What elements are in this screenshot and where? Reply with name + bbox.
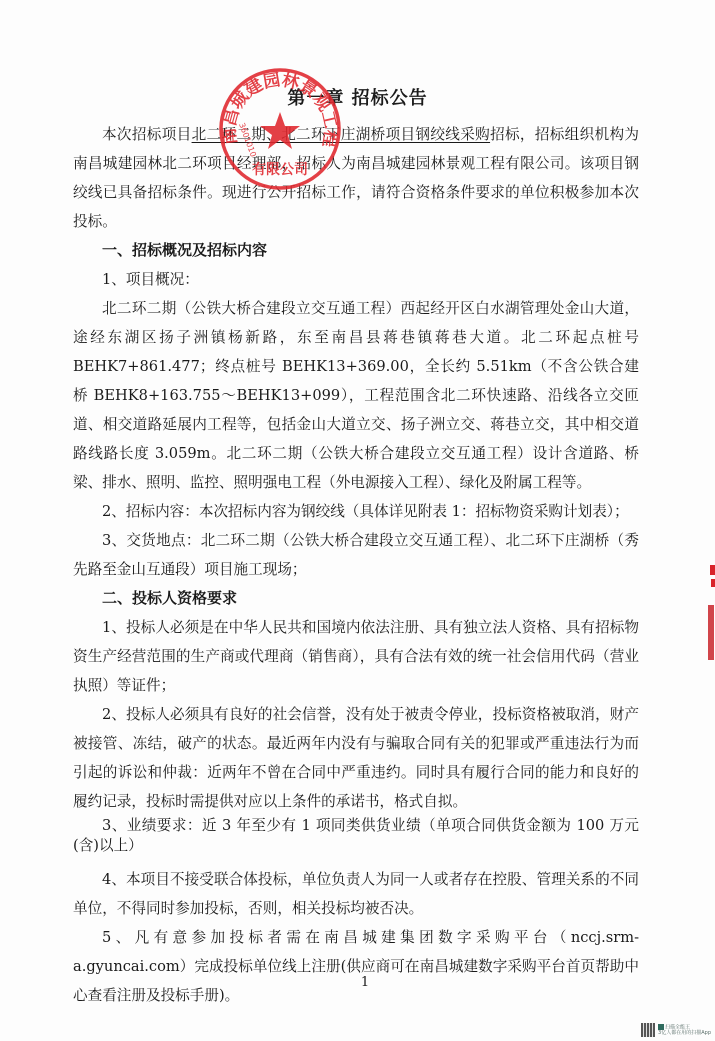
page-number: 1 xyxy=(0,975,715,990)
intro-paragraph: 本次招标项目北二环二期、北二环下庄湖桥项目钢绞线采购招标，招标组织机构为南昌城建… xyxy=(73,120,639,236)
qr-code-icon xyxy=(641,1023,655,1037)
item2: 2、招标内容：本次招标内容为钢绞线（具体详见附表 1：招标物资采购计划表）； xyxy=(73,497,639,526)
section2-heading: 二、投标人资格要求 xyxy=(73,584,639,613)
scanner-watermark: 扫描全能王 3亿人都在用的扫描App xyxy=(641,1023,711,1037)
watermark-text: 扫描全能王 3亿人都在用的扫描App xyxy=(658,1024,711,1037)
edge-seal-mark-icon xyxy=(708,565,715,660)
project-name: 北二环二期、北二环下庄湖桥项目钢绞线采购 xyxy=(192,126,491,143)
requirement-1: 1、投标人必须是在中华人民共和国境内依法注册、具有独立法人资格、具有招标物资生产… xyxy=(73,613,639,700)
item1-body: 北二环二期（公铁大桥合建段立交互通工程）西起经开区白水湖管理处金山大道，途经东湖… xyxy=(73,294,639,497)
requirement-4: 4、本项目不接受联合体投标，单位负责人为同一人或者存在控股、管理关系的不同单位，… xyxy=(73,865,639,923)
chapter-title: 第一章 招标公告 xyxy=(0,84,715,110)
requirement-5: 5、凡有意参加投标者需在南昌城建集团数字采购平台（nccj.srm-a.gyun… xyxy=(73,923,639,1010)
section1-heading: 一、招标概况及招标内容 xyxy=(73,236,639,265)
document-page: 第一章 招标公告 本次招标项目北二环二期、北二环下庄湖桥项目钢绞线采购招标，招标… xyxy=(0,0,715,1041)
item3: 3、交货地点：北二环二期（公铁大桥合建段立交互通工程）、北二环下庄湖桥（秀先路至… xyxy=(73,526,639,584)
requirement-3: 3、业绩要求：近 3 年至少有 1 项同类供货业绩（单项合同供货金额为 100 … xyxy=(73,816,639,856)
requirement-2: 2、投标人必须具有良好的社会信誉，没有处于被责令停业，投标资格被取消，财产被接管… xyxy=(73,700,639,816)
intro-prefix: 本次招标项目 xyxy=(102,126,192,143)
watermark-sub: 3亿人都在用的扫描App xyxy=(658,1030,711,1036)
camscanner-logo-icon xyxy=(658,1024,664,1030)
item1-label: 1、项目概况： xyxy=(73,265,639,294)
document-body: 本次招标项目北二环二期、北二环下庄湖桥项目钢绞线采购招标，招标组织机构为南昌城建… xyxy=(73,120,639,1010)
